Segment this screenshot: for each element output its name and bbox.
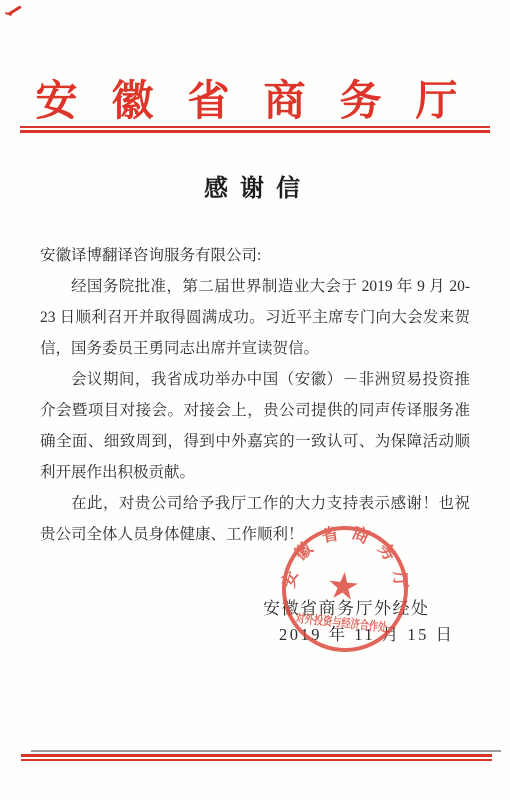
body-line: 确全面、细致周到，得到中外嘉宾的一致认可、为保障活动顺 (40, 426, 470, 457)
salutation: 安徽译博翻译咨询服务有限公司: (40, 240, 470, 271)
body-line: 会议期间，我省成功举办中国（安徽）－非洲贸易投资推 (40, 364, 470, 395)
body-line: 23 日顺利召开并取得圆满成功。习近平主席专门向大会发来贺 (40, 302, 470, 333)
footer-gray-rule (31, 750, 501, 752)
star-icon (328, 570, 359, 600)
body-line: 在此，对贵公司给予我厅工作的大力支持表示感谢！也祝 (40, 488, 470, 519)
official-seal: 安徽省商务厅 对外投资与经济合作处 (272, 516, 417, 661)
letter-body: 安徽译博翻译咨询服务有限公司: 经国务院批准，第二届世界制造业大会于 2019 … (40, 240, 470, 550)
body-line: 经国务院批准，第二届世界制造业大会于 2019 年 9 月 20- (40, 271, 470, 302)
footer-red-rule (21, 754, 492, 761)
body-line: 信，国务委员王勇同志出席并宣读贺信。 (40, 333, 470, 364)
body-line: 利开展作出积极贡献。 (40, 457, 470, 488)
body-line: 介会暨项目对接会。对接会上，贵公司提供的同声传译服务准 (40, 395, 470, 426)
document-title: 感谢信 (6, 168, 510, 203)
letterhead-org-name: 安徽省商务厅 (17, 68, 510, 128)
letterhead-divider (20, 126, 490, 133)
seal-inner-text: 对外投资与经济合作处 (294, 610, 388, 635)
letter-page: 安徽省商务厅 感谢信 安徽译博翻译咨询服务有限公司: 经国务院批准，第二届世界制… (0, 0, 510, 800)
